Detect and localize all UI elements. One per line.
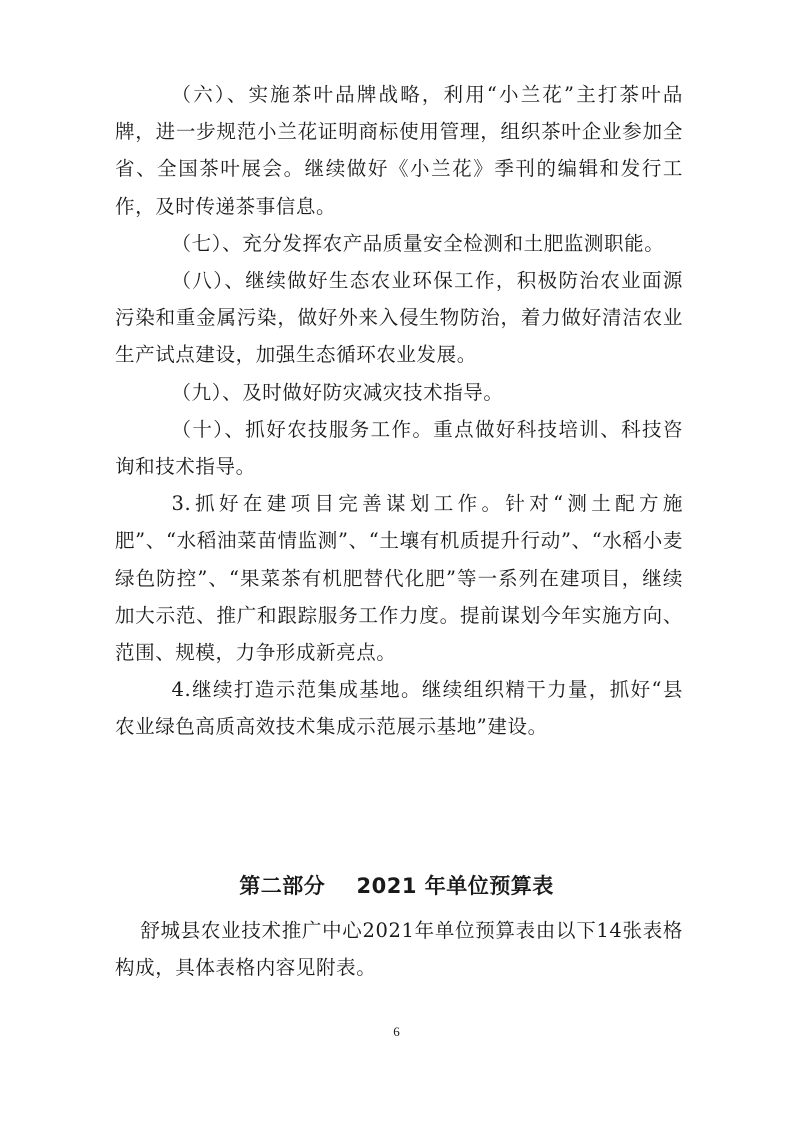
paragraph-item-4-demo-base: 4.继续打造示范集成基地。继续组织精干力量，抓好“县农业绿色高质高效技术集成示范…	[115, 671, 683, 745]
paragraph-item-6-tea-brand: （六）、实施茶叶品牌战略，利用“小兰花”主打茶叶品牌，进一步规范小兰花证明商标使…	[115, 76, 683, 225]
paragraph-item-3-projects: 3.抓好在建项目完善谋划工作。针对“测土配方施肥”、“水稻油菜苗情监测”、“土壤…	[115, 485, 683, 671]
paragraph-item-8-eco-agriculture: （八）、继续做好生态农业环保工作，积极防治农业面源污染和重金属污染，做好外来入侵…	[115, 262, 683, 374]
document-page: （六）、实施茶叶品牌战略，利用“小兰花”主打茶叶品牌，进一步规范小兰花证明商标使…	[0, 0, 793, 1122]
paragraph-item-7-quality-testing: （七）、充分发挥农产品质量安全检测和土肥监测职能。	[115, 225, 683, 262]
section-intro-paragraph: 舒城县农业技术推广中心2021年单位预算表由以下14张表格构成，具体表格内容见附…	[115, 912, 683, 986]
page-number: 6	[0, 1024, 793, 1040]
paragraph-item-9-disaster-prevention: （九）、及时做好防灾减灾技术指导。	[115, 374, 683, 411]
body-text: （六）、实施茶叶品牌战略，利用“小兰花”主打茶叶品牌，进一步规范小兰花证明商标使…	[115, 76, 683, 746]
section-heading: 第二部分 2021 年单位预算表	[0, 870, 793, 900]
paragraph-item-10-tech-service: （十）、抓好农技服务工作。重点做好科技培训、科技咨询和技术指导。	[115, 411, 683, 485]
